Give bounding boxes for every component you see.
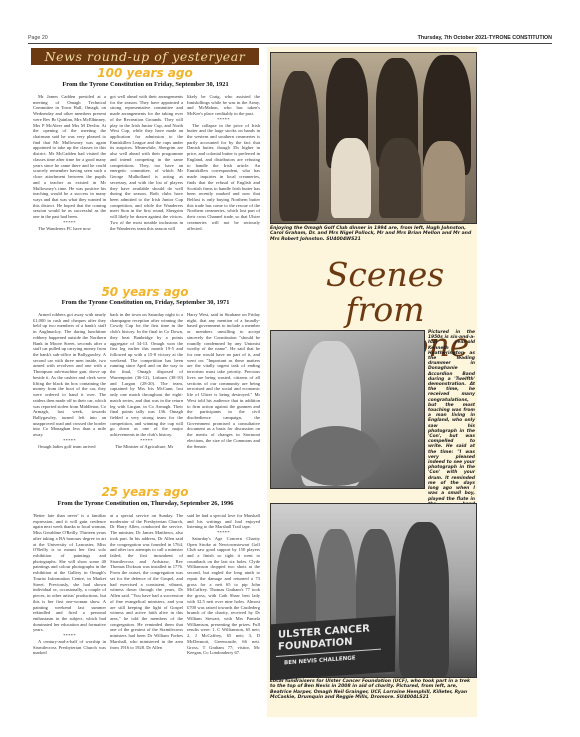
article-column: at a special service on Sunday. The mode… xyxy=(110,513,183,650)
source-line-1996: From the Tyrone Constitution on, Thursda… xyxy=(31,500,260,507)
paragraph: A century-and-a-half of worship in Sixmi… xyxy=(33,639,106,656)
paragraph: The Minister of Agriculture, Mr xyxy=(110,444,183,450)
years-label-25: 25 years ago xyxy=(31,485,259,499)
article-column: 'Better late than never' is a familiar e… xyxy=(33,513,106,656)
paragraph: Omagh ladies golf team arrived xyxy=(33,444,106,450)
paragraph: Harry West, said in Strabane on Friday n… xyxy=(187,312,260,449)
article-column: Mr James Cadden presided at a meeting of… xyxy=(33,94,106,231)
article-column: Armed robbers got away with nearly £1,00… xyxy=(33,312,106,449)
years-label-50: 50 years ago xyxy=(31,285,259,299)
feature-title-line: Scenes from xyxy=(290,257,480,327)
paragraph: at a special service on Sunday. The mode… xyxy=(110,513,183,650)
page-number: Page 20 xyxy=(28,35,48,41)
paragraph: Armed robbers got away with nearly £1,00… xyxy=(33,312,106,438)
photo-caption-golf: Enjoying the Omagh Golf Club dinner in 1… xyxy=(270,226,475,242)
photo-caption-ben-nevis: Local fundraisers for Ulster Cancer Foun… xyxy=(270,679,475,701)
source-line-1971: From the Tyrone Constitution on, Friday,… xyxy=(31,299,260,306)
golf-club-dinner-photo xyxy=(270,52,477,224)
article-column: likely be Craig, who assisted the Innisk… xyxy=(187,94,260,231)
article-column: got well ahead with their arrangements f… xyxy=(110,94,183,231)
drummer-boy-photo xyxy=(270,330,425,489)
dateline: Thursday, 7th October 2021-TYRONE CONSTI… xyxy=(418,35,552,41)
article-column: back in the town on Saturday night to a … xyxy=(110,312,183,449)
paragraph: back in the town on Saturday night to a … xyxy=(110,312,183,438)
paragraph: 'Better late than never' is a familiar e… xyxy=(33,513,106,633)
paragraph: said he had a special love for Marshall … xyxy=(187,513,260,530)
years-label-100: 100 years ago xyxy=(31,66,259,80)
paragraph: Mr James Cadden presided at a meeting of… xyxy=(33,94,106,220)
article-column: Harry West, said in Strabane on Friday n… xyxy=(187,312,260,449)
section-banner: News round-up of yesteryear xyxy=(31,48,259,65)
paragraph: likely be Craig, who assisted the Innisk… xyxy=(187,94,260,117)
paragraph: The collapse in the price of Irish butte… xyxy=(187,123,260,232)
paragraph: Saturday's Age Concern Charity Open Stro… xyxy=(187,536,260,656)
article-column: said he had a special love for Marshall … xyxy=(187,513,260,656)
page-header: Page 20 Thursday, 7th October 2021-TYRON… xyxy=(28,29,552,44)
paragraph: The Wanderers FC have now xyxy=(33,226,106,232)
source-line-1921: From the Tyrone Constitution on Friday, … xyxy=(31,81,260,88)
ulster-cancer-foundation-sign: ULSTER CANCER FOUNDATION BEN NEVIS CHALL… xyxy=(270,616,395,681)
paragraph: got well ahead with their arrangements f… xyxy=(110,94,183,231)
